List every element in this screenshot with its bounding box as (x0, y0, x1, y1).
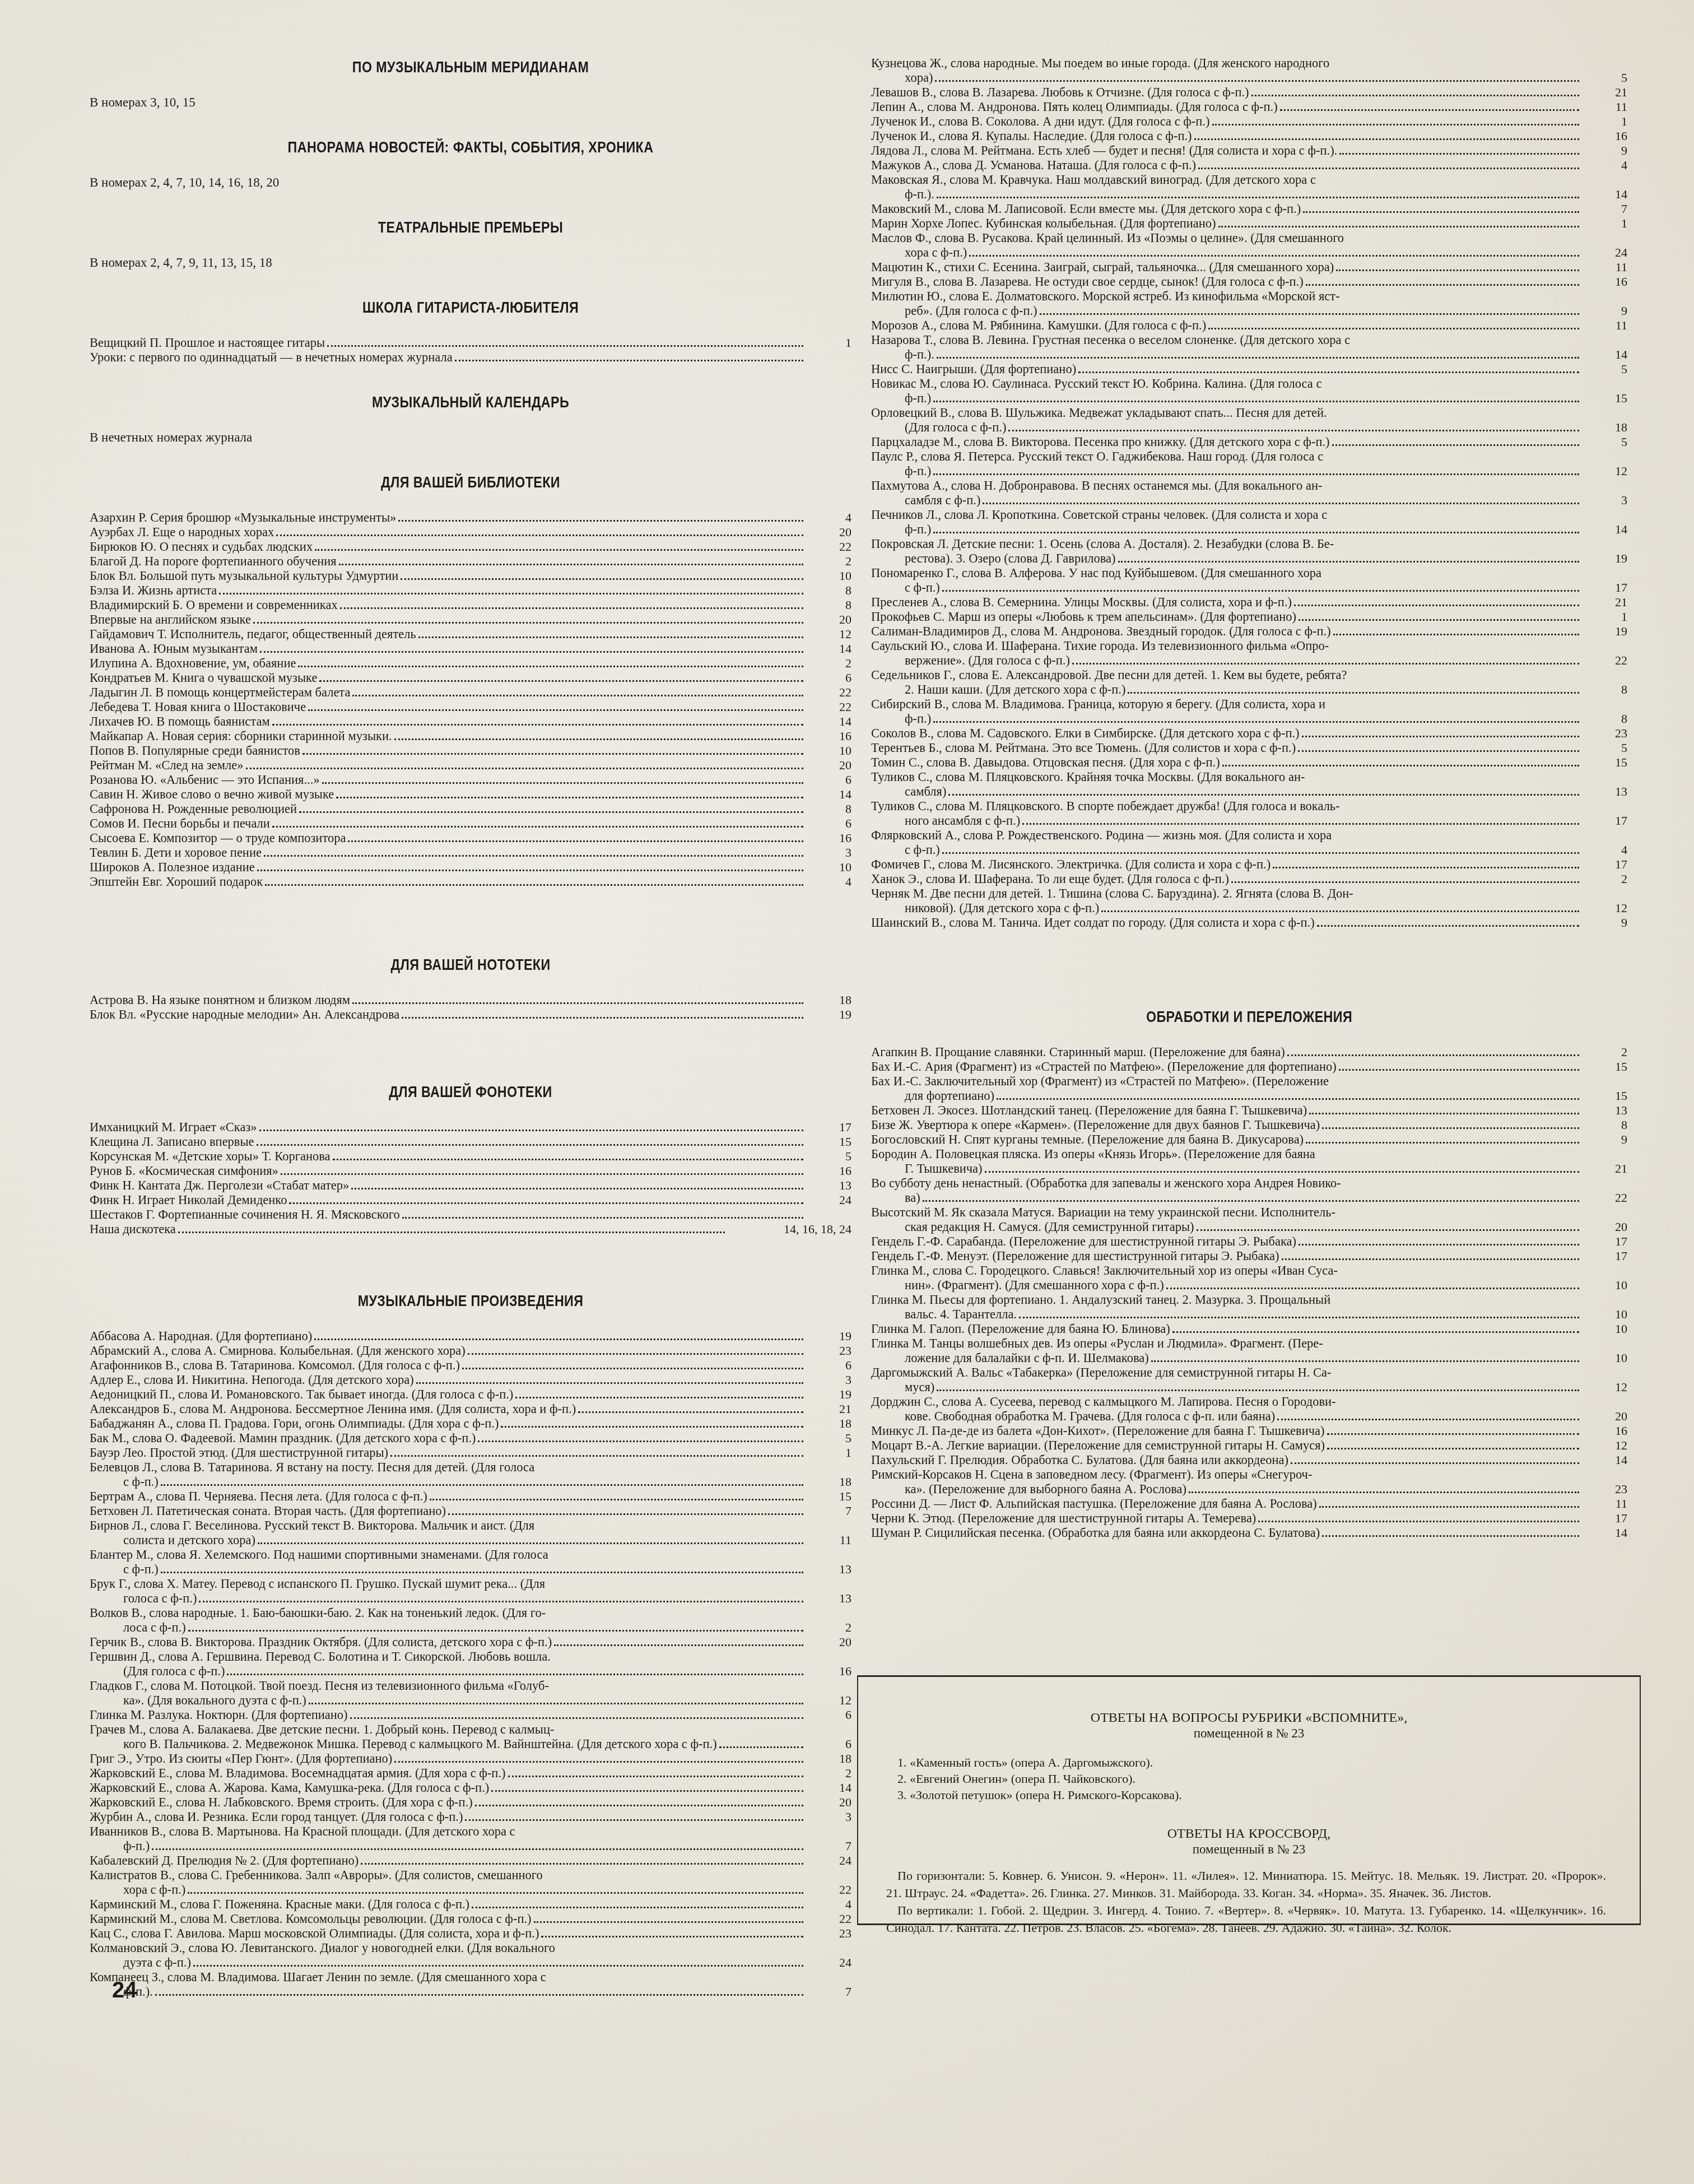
entry-title: Популярные среди баянистов (142, 744, 300, 758)
index-entry: Белевцов Л., слова В. Татаринова. Я вста… (90, 1460, 851, 1489)
entry-page: 16 (807, 831, 851, 845)
entry-title: слова В. Мартынова. На Красной площади. … (169, 1824, 515, 1838)
entry-line: ф-п.)12 (871, 464, 1627, 478)
entry-title: слова М. Андронова. Бессмертное Ленина и… (179, 1402, 576, 1416)
dot-leader (1258, 1521, 1579, 1522)
entry-author: Минкус Л. (871, 1424, 928, 1438)
dot-leader (161, 1572, 803, 1573)
entry-page: 4 (807, 1897, 851, 1912)
entry-author: Карминский М., (90, 1897, 177, 1911)
entry-author: Бородин А. (871, 1147, 932, 1161)
entry-author: Маковская Я., (871, 173, 946, 187)
entry-text: Вещицкий П. Прошлое и настоящее гитары (90, 336, 325, 350)
dot-leader (1189, 1491, 1579, 1493)
entry-page: 17 (807, 1120, 851, 1135)
index-entry: Соколов В., слова М. Садовского. Елки в … (871, 726, 1627, 741)
entry-page: 17 (1583, 1511, 1627, 1526)
dot-leader (308, 709, 803, 711)
index-entry: Корсунская М. «Детские хоры» Т. Корганов… (90, 1149, 851, 1164)
entry-list: Агапкин В. Прощание славянки. Старинный … (871, 1045, 1627, 1540)
entry-line: ф-п.).14 (871, 347, 1627, 362)
entry-text: Прокофьев С. Марш из оперы «Любовь к тре… (871, 610, 1296, 624)
index-entry: Россини Д. — Лист Ф. Альпийская пастушка… (871, 1497, 1627, 1511)
entry-author: Глинка М. (871, 1293, 926, 1307)
entry-title: Наигрыши. (Для фортепиано) (916, 362, 1076, 376)
entry-list: Вещицкий П. Прошлое и настоящее гитары1У… (90, 336, 851, 365)
entry-author: Астрова В. (90, 993, 148, 1007)
index-entry: Кац С., слова Г. Авилова. Марш московско… (90, 1926, 851, 1941)
dot-leader (1302, 736, 1579, 737)
entry-author: Азархин Р. (90, 510, 147, 524)
entry-title: слова А. Гершвина. Перевод С. Болотина и… (158, 1649, 550, 1663)
entry-text: Герчик В., слова В. Викторова. Праздник … (90, 1635, 552, 1649)
entry-author: Белевцов Л., (90, 1460, 157, 1474)
index-entry: Наша дискотека14, 16, 18, 24 (90, 1222, 851, 1237)
index-entry: Пресленев А., слова В. Семернина. Улицы … (871, 595, 1627, 610)
index-entry: Кабалевский Д. Прелюдия № 2. (Для фортеп… (90, 1853, 851, 1868)
index-entry: Агафонников В., слова В. Татаринова. Ком… (90, 1358, 851, 1373)
entry-author: Бэлза И. (90, 583, 134, 597)
dot-leader (541, 1936, 803, 1937)
entry-line: Кузнецова Ж., слова народные. Мы поедем … (871, 56, 1627, 71)
dot-leader (289, 1202, 803, 1204)
entry-continuation: ф-п.). (905, 187, 934, 202)
dot-leader (1040, 313, 1579, 315)
dot-leader (475, 1805, 803, 1806)
entry-text: Парцхаладзе М., слова В. Викторова. Песе… (871, 435, 1330, 449)
entry-author: Кондратьев М. (90, 671, 169, 685)
entry-title: «Альбенис — это Испания...» (160, 773, 320, 787)
entry-line: никовой). (Для детского хора с ф-п.)12 (871, 901, 1627, 916)
entry-page: 18 (807, 1416, 851, 1431)
entry-author: Шестаков Г. (90, 1207, 155, 1221)
index-entry: Левашов В., слова В. Лазарева. Любовь к … (871, 85, 1627, 100)
entry-text: Гендель Г.-Ф. Менуэт. (Переложение для ш… (871, 1249, 1279, 1263)
entry-line: голоса с ф-п.)13 (90, 1591, 851, 1606)
index-entry: Мигуля В., слова В. Лазарева. Не остуди … (871, 275, 1627, 289)
entry-title: Новая серия: сборники старинной музыки. (162, 729, 392, 743)
section-title: ПАНОРАМА НОВОСТЕЙ: ФАКТЫ, СОБЫТИЯ, ХРОНИ… (143, 139, 798, 156)
entry-text: Пресленев А., слова В. Семернина. Улицы … (871, 595, 1292, 610)
entry-line: Брук Г., слова Х. Матеу. Перевод с испан… (90, 1577, 851, 1591)
index-entry: Сомов И. Песни борьбы и печали6 (90, 816, 851, 831)
index-entry: Гендель Г.-Ф. Менуэт. (Переложение для ш… (871, 1249, 1627, 1263)
index-entry: Бауэр Лео. Простой этюд. (Для шестиструн… (90, 1446, 851, 1460)
entry-title: слова О. Фадеевой. Мамин праздник. (Для … (132, 1431, 476, 1445)
entry-line: Волков В., слова народные. 1. Баю-баюшки… (90, 1606, 851, 1620)
entry-page: 2 (807, 1620, 851, 1635)
entry-continuation: хора с ф-п.) (123, 1883, 185, 1897)
section-note: В нечетных номерах журнала (90, 430, 851, 445)
entry-author: Благой Д. (90, 554, 141, 568)
index-entry: Бэлза И. Жизнь артиста8 (90, 583, 851, 598)
entry-author: Пахмутова А., (871, 478, 948, 492)
entry-title: Рожденные революцией (167, 802, 297, 816)
entry-line: Бах И.-С. Заключительный хор (Фрагмент) … (871, 1074, 1627, 1089)
entry-page: 8 (1583, 712, 1627, 726)
dot-leader (1322, 1127, 1579, 1129)
page-number: 24 (112, 1978, 137, 2003)
entry-author: Герчик В., (90, 1635, 145, 1649)
entry-list: Кузнецова Ж., слова народные. Мы поедем … (871, 56, 1627, 930)
index-entry: Прокофьев С. Марш из оперы «Любовь к тре… (871, 610, 1627, 624)
dot-leader (948, 794, 1579, 796)
dot-leader (1339, 1069, 1579, 1071)
entry-line: рестова). 3. Озеро (слова Д. Гаврилова)1… (871, 551, 1627, 566)
entry-page: 14 (807, 714, 851, 729)
entry-title: Книга о чувашской музыке (172, 671, 318, 685)
entry-page: 5 (1583, 741, 1627, 755)
entry-page: 20 (807, 758, 851, 773)
dot-leader (281, 1173, 803, 1175)
entry-page: 12 (1583, 1380, 1627, 1395)
entry-author: Орловецкий В., (871, 406, 955, 420)
entry-text: Лученок И., слова В. Соколова. А дни иду… (871, 114, 1210, 129)
entry-text: Агапкин В. Прощание славянки. Старинный … (871, 1045, 1285, 1060)
entry-page: 13 (807, 1178, 851, 1193)
index-entry: Лепин А., слова М. Андронова. Пять колец… (871, 100, 1627, 114)
entry-line: 2. Наши каши. (Для детского хора с ф-п.)… (871, 682, 1627, 697)
entry-page: 2 (807, 1766, 851, 1781)
entry-line: Флярковский А., слова Р. Рождественского… (871, 828, 1627, 843)
remember-answers: 1. «Каменный гость» (опера А. Даргомыжск… (897, 1754, 1640, 1803)
entry-title: слова Я. Петерса. Русский текст О. Гаджи… (921, 449, 1323, 463)
entry-line: ного ансамбля с ф-п.)17 (871, 814, 1627, 828)
index-entry: Калистратов В., слова С. Гребенникова. З… (90, 1868, 851, 1897)
dot-leader (265, 884, 803, 886)
entry-title: Па-де-де из балета «Дон-Кихот». (Перелож… (932, 1424, 1324, 1438)
entry-title: слова народные. 1. Баю-баюшки-баю. 2. Ка… (149, 1606, 546, 1620)
index-entry: Глинка М., слова С. Городецкого. Славься… (871, 1263, 1627, 1293)
dot-leader (1287, 1054, 1579, 1056)
entry-continuation: ская редакция Н. Самуся. (Для семиструнн… (905, 1220, 1194, 1234)
entry-page: 19 (1583, 551, 1627, 566)
entry-page: 14 (1583, 1453, 1627, 1467)
entry-title: Сцена в заповедном лесу. (Фрагмент). Из … (990, 1467, 1313, 1481)
entry-title: слова народные. Мы поедем во иные города… (951, 56, 1329, 70)
entry-line: Высотский М. Як сказала Матуся. Вариации… (871, 1205, 1627, 1220)
entry-title: слова В. Давыдова. Отцовская песня. (Для… (927, 755, 1220, 769)
entry-page: 19 (807, 1387, 851, 1402)
entry-page: 20 (807, 525, 851, 540)
entry-author: Сысоева Е. (90, 831, 150, 845)
entry-title: Еще о народных хорах (152, 525, 274, 539)
dot-leader (1022, 823, 1579, 825)
entry-page: 6 (807, 671, 851, 685)
dot-leader (402, 1217, 803, 1219)
entry-line: вальс. 4. Тарантелла.10 (871, 1307, 1627, 1322)
entry-author: Попов В. (90, 744, 139, 758)
entry-list: Имханицкий М. Играет «Сказ»17Клещина Л. … (90, 1120, 851, 1237)
index-entry: Брук Г., слова Х. Матеу. Перевод с испан… (90, 1577, 851, 1606)
entry-page: 14 (1583, 1526, 1627, 1540)
entry-author: Бертрам А., (90, 1489, 153, 1503)
entry-title: Заключительный хор (Фрагмент) из «Страст… (924, 1074, 1329, 1088)
entry-author: Мацютин К., (871, 260, 941, 274)
entry-author: Моцарт В.-А. (871, 1438, 943, 1452)
entry-title: «Русские народные мелодии» Ан. Александр… (139, 1007, 399, 1021)
entry-text: Эпштейн Евг. Хороший подарок (90, 875, 263, 889)
entry-page: 10 (807, 569, 851, 583)
entry-author: Григ Э., (90, 1751, 132, 1765)
entry-title: слова А. Смирнова. Колыбельная. (Для жен… (171, 1344, 466, 1358)
entry-page: 21 (1583, 1161, 1627, 1176)
remember-title: ОТВЕТЫ НА ВОПРОСЫ РУБРИКИ «ВСПОМНИТЕ», (858, 1709, 1640, 1726)
dot-leader (188, 1892, 803, 1894)
entry-line: ложение для балалайки с ф-п. И. Шелмаков… (871, 1351, 1627, 1365)
dot-leader (402, 1017, 803, 1019)
dot-leader (719, 1746, 803, 1748)
entry-author: Илупина А. (90, 656, 152, 670)
entry-author: Блок Вл. (90, 569, 137, 583)
index-entry: Морозов А., слова М. Рябинина. Камушки. … (871, 318, 1627, 333)
entry-page: 12 (1583, 1438, 1627, 1453)
entry-line: кове. Свободная обработка М. Грачева. (Д… (871, 1409, 1627, 1424)
section-guitar-school: ШКОЛА ГИТАРИСТА-ЛЮБИТЕЛЯ Вещицкий П. Про… (90, 299, 851, 365)
entry-text: Глинка М. Разлука. Ноктюрн. (Для фортепи… (90, 1708, 348, 1722)
entry-page: 3 (1583, 493, 1627, 508)
entry-page: 13 (1583, 784, 1627, 799)
index-entry: Томин С., слова В. Давыдова. Отцовская п… (871, 755, 1627, 770)
entry-author: Журбин А., (90, 1810, 151, 1824)
entry-title: Простой этюд. (Для шестиструнной гитары) (150, 1446, 388, 1460)
entry-author: Соколов В., (871, 726, 934, 740)
entry-continuation: с ф-п.) (123, 1562, 159, 1577)
entry-text: Шуман Р. Сицилийская песенка. (Обработка… (871, 1526, 1320, 1540)
entry-continuation: муся) (905, 1380, 934, 1395)
index-entry: Фомичев Г., слова М. Лисянского. Электри… (871, 857, 1627, 872)
entry-text: Ауэрбах Л. Еще о народных хорах (90, 525, 274, 540)
entry-text: Жарковский Е., слова Н. Лабковского. Вре… (90, 1795, 473, 1810)
dot-leader (1294, 605, 1579, 606)
section-title: ДЛЯ ВАШЕЙ НОТОТЕКИ (143, 956, 798, 974)
answers-box: ОТВЕТЫ НА ВОПРОСЫ РУБРИКИ «ВСПОМНИТЕ», п… (857, 1675, 1641, 1925)
entry-author: Корсунская М. (90, 1149, 169, 1163)
entry-author: Гендель Г.-Ф. (871, 1234, 943, 1248)
entry-line: нин». (Фрагмент). (Для смешанного хора с… (871, 1278, 1627, 1293)
index-entry: Грачев М., слова А. Балакаева. Две детск… (90, 1722, 851, 1751)
dot-leader (253, 622, 803, 624)
index-entry: Назарова Т., слова В. Левина. Грустная п… (871, 333, 1627, 362)
entry-title: слова И. Шаферана. Тихие города. Из теле… (953, 639, 1329, 653)
entry-page: 20 (807, 1795, 851, 1810)
entry-continuation: рестова). 3. Озеро (слова Д. Гаврилова) (905, 551, 1116, 566)
entry-author: Бирюков Ю. (90, 540, 156, 554)
entry-continuation: ка». (Переложение для выборного баяна А.… (905, 1482, 1186, 1497)
entry-page: 19 (807, 1329, 851, 1344)
entry-continuation: вержение». (Для голоса с ф-п.) (905, 653, 1070, 668)
dot-leader (937, 197, 1579, 198)
entry-title: На языке понятном и близком людям (151, 993, 350, 1007)
remember-answer: 3. «Золотой петушок» (опера Н. Римского-… (897, 1787, 1640, 1803)
entry-page: 17 (1583, 1249, 1627, 1263)
entry-author: Бирнов Л., (90, 1518, 147, 1532)
entry-text: Нисс С. Наигрыши. (Для фортепиано) (871, 362, 1076, 377)
index-entry: Сафронова Н. Рожденные революцией8 (90, 802, 851, 816)
index-entry: Шаинский В., слова М. Танича. Идет солда… (871, 916, 1627, 930)
entry-page: 12 (1583, 901, 1627, 916)
magazine-page: ПО МУЗЫКАЛЬНЫМ МЕРИДИАНАМВ номерах 3, 10… (0, 0, 1694, 2184)
dot-leader (1298, 750, 1579, 752)
entry-text: Ладыгин Л. В помощь концертмейстерам бал… (90, 685, 350, 700)
index-entry: Во субботу день ненастный. (Обработка дл… (871, 1176, 1627, 1205)
index-entry: Мажуков А., слова Д. Усманова. Наташа. (… (871, 158, 1627, 173)
entry-author: Лепин А., (871, 100, 924, 114)
entry-title: слова М. Лаписовой. Если вместе мы. (Для… (955, 202, 1301, 216)
dot-leader (1222, 765, 1579, 766)
index-entry: Салиман-Владимиров Д., слова М. Андронов… (871, 624, 1627, 639)
entry-title: слова М. Садовского. Елки в Симбирске. (… (937, 726, 1300, 740)
entry-author: Саульский Ю., (871, 639, 950, 653)
index-entry: Седельников Г., слова Е. Александровой. … (871, 668, 1627, 697)
entry-page: 7 (807, 1839, 851, 1853)
entry-author: Новикас М., (871, 377, 937, 391)
index-entry: Аедоницкий П., слова И. Романовского. Та… (90, 1387, 851, 1402)
entry-title: Як сказала Матуся. Вариации на тему укра… (951, 1205, 1335, 1219)
entry-page: 14 (1583, 347, 1627, 362)
entry-page: 23 (807, 1344, 851, 1358)
entry-text: Широков А. Полезное издание (90, 860, 255, 875)
entry-author: Маковский М., (871, 202, 951, 216)
section-records: ДЛЯ ВАШЕЙ ФОНОТЕКИ Имханицкий М. Играет … (90, 1084, 851, 1237)
entry-author: Прокофьев С. (871, 610, 945, 624)
entry-line: Глинка М. Танцы волшебных дев. Из оперы … (871, 1336, 1627, 1351)
dot-leader (302, 753, 803, 755)
entry-title: слова М. Владимова. Шагает Ленин по земл… (167, 1970, 546, 1984)
crossword-subtitle: помещенный в № 23 (858, 1842, 1640, 1857)
entry-title: слова В. Русакова. Край целинный. Из «По… (934, 231, 1344, 245)
dot-leader (1008, 430, 1579, 431)
entry-text: Абрамский А., слова А. Смирнова. Колыбел… (90, 1344, 466, 1358)
entry-text: Марин Хорхе Лопес. Кубинская колыбельная… (871, 216, 1216, 231)
entry-title: слова Н. Добронравова. В песнях останемс… (951, 478, 1323, 492)
entry-author: Маслов Ф., (871, 231, 932, 245)
dot-leader (942, 590, 1579, 592)
entry-title: слова С. Городецкого. Славься! Заключите… (933, 1263, 1338, 1277)
entry-text: Бэлза И. Жизнь артиста (90, 583, 217, 598)
index-entry: Григ Э., Утро. Из сюиты «Пер Гюнт». (Для… (90, 1751, 851, 1766)
entry-author: Бак М., (90, 1431, 129, 1445)
entry-title: слова Я. Купалы. Наследие. (Для голоса с… (938, 129, 1192, 143)
entry-page: 4 (1583, 843, 1627, 857)
entry-title: слова М. Рябинина. Камушки. (Для голоса … (940, 318, 1207, 332)
entry-page: 11 (1583, 318, 1627, 333)
dot-leader (1327, 1448, 1579, 1449)
entry-page: 3 (807, 1810, 851, 1824)
entry-title: О песнях и судьбах людских (160, 540, 313, 554)
dot-leader (468, 1353, 803, 1355)
dot-leader (997, 1098, 1579, 1100)
entry-text: Морозов А., слова М. Рябинина. Камушки. … (871, 318, 1206, 333)
index-entry: Благой Д. На пороге фортепианного обучен… (90, 554, 851, 569)
entry-title: Во субботу день ненастный. (Обработка дл… (871, 1176, 1341, 1190)
dot-leader (259, 1130, 803, 1131)
entry-continuation: 2. Наши каши. (Для детского хора с ф-п.) (905, 682, 1125, 697)
entry-title: Большой путь музыкальной культуры Удмурт… (139, 569, 398, 583)
entry-title: Кубинская колыбельная. (Для фортепиано) (985, 216, 1216, 230)
entry-line: ф-п.).14 (871, 187, 1627, 202)
entry-line: лоса с ф-п.)2 (90, 1620, 851, 1635)
dot-leader (199, 1601, 803, 1602)
entry-author: Финк Н. (90, 1178, 134, 1192)
entry-title: О времени и современниках (186, 598, 338, 612)
entry-title: Детские песни: 1. Осень (слова А. Достал… (952, 537, 1334, 551)
entry-text: Владимирский Б. О времени и современника… (90, 598, 338, 612)
entry-page: 16 (807, 1664, 851, 1679)
entry-author: Глинка М. (871, 1336, 926, 1350)
index-entry: Бирнов Л., слова Г. Веселинова. Русский … (90, 1518, 851, 1548)
entry-text: Тевлин Б. Дети и хоровое пение (90, 845, 262, 860)
entry-continuation: хора с ф-п.) (905, 245, 967, 260)
dot-leader (390, 1455, 803, 1457)
dot-leader (339, 564, 803, 565)
entry-title: слова Г. Веселинова. Русский текст В. Ви… (150, 1518, 534, 1532)
entry-page: 13 (1583, 1103, 1627, 1118)
entry-title: слова М. Рейтмана. Есть хлеб — будет и п… (930, 143, 1337, 157)
entry-page: 16 (807, 729, 851, 744)
entry-line: Туликов С., слова М. Пляцковского. Крайн… (871, 770, 1627, 784)
entry-author: Бах И.-С. (871, 1074, 922, 1088)
index-entry: Паулс Р., слова Я. Петерса. Русский текс… (871, 449, 1627, 478)
entry-author: Морозов А., (871, 318, 937, 332)
entry-text: Лученок И., слова Я. Купалы. Наследие. (… (871, 129, 1192, 143)
entry-text: Томин С., слова В. Давыдова. Отцовская п… (871, 755, 1220, 770)
entry-page: 15 (807, 1135, 851, 1149)
index-entry: Бак М., слова О. Фадеевой. Мамин праздни… (90, 1431, 851, 1446)
entry-text: Мажуков А., слова Д. Усманова. Наташа. (… (871, 158, 1196, 173)
entry-page: 1 (1583, 610, 1627, 624)
entry-title: слова В. Татаринова. Я встану на посту. … (160, 1460, 534, 1474)
entry-author: Сибирский В., (871, 697, 949, 711)
entry-title: Народная. (Для фортепиано) (159, 1329, 313, 1343)
entry-page: 14 (807, 1781, 851, 1795)
dot-leader (983, 503, 1579, 504)
entry-title: В помощь концертмейстерам балета (155, 685, 350, 699)
entry-author: Россини Д. — Лист Ф. (871, 1497, 992, 1511)
entry-line: Пахмутова А., слова Н. Добронравова. В п… (871, 478, 1627, 493)
dot-leader (348, 840, 803, 842)
entry-text: Бабаджанян А., слова П. Градова. Гори, о… (90, 1416, 499, 1431)
dot-leader (578, 1411, 803, 1413)
index-entry: Кондратьев М. Книга о чувашской музыке6 (90, 671, 851, 685)
entry-page: 11 (1583, 1497, 1627, 1511)
entry-text: Рейтман М. «След на земле» (90, 758, 244, 773)
entry-page: 12 (1583, 464, 1627, 478)
dot-leader (472, 1907, 803, 1908)
dot-leader (1277, 1419, 1579, 1420)
entry-author: Назарова Т., (871, 333, 936, 347)
entry-text: Левашов В., слова В. Лазарева. Любовь к … (871, 85, 1249, 100)
index-entry: Попов В. Популярные среди баянистов10 (90, 744, 851, 758)
entry-text: Адлер Е., слова И. Никитина. Непогода. (… (90, 1373, 414, 1387)
index-entry: Дорджин С., слова А. Сусеева, перевод с … (871, 1395, 1627, 1424)
dot-leader (351, 1188, 803, 1189)
index-entry: Волков В., слова народные. 1. Баю-баюшки… (90, 1606, 851, 1635)
entry-title: Экосез. Шотландский танец. (Переложение … (938, 1103, 1307, 1117)
entry-line: ка». (Переложение для выборного баяна А.… (871, 1482, 1627, 1497)
entry-author: Печников Л., (871, 508, 941, 522)
entry-page: 9 (1583, 143, 1627, 158)
entry-author: Калистратов В., (90, 1868, 175, 1882)
entry-title: слова М. Лисянского. Электричка. (Для со… (938, 857, 1270, 871)
dot-leader (352, 695, 803, 696)
entry-continuation: солиста и детского хора) (123, 1533, 255, 1548)
dot-leader (152, 1848, 803, 1850)
entry-author: Бизе Ж. (871, 1118, 913, 1132)
index-entry: Впервые на английском языке20 (90, 612, 851, 627)
entry-author: Иванников В., (90, 1824, 166, 1838)
entry-page: 6 (807, 773, 851, 787)
